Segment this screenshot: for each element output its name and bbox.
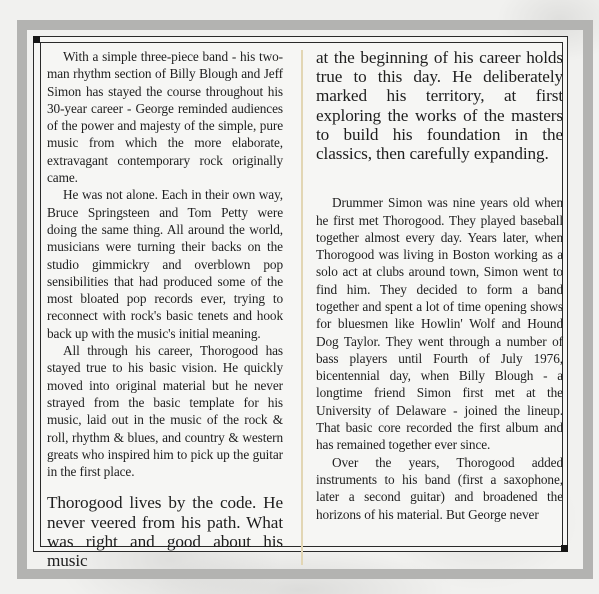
body-paragraph: With a simple three-piece band - his two… bbox=[47, 48, 283, 186]
pull-quote: Thorogood lives by the code. He never ve… bbox=[47, 493, 283, 570]
right-column: at the beginning of his career holds tru… bbox=[316, 48, 563, 523]
corner-square-bottom-right bbox=[561, 545, 568, 552]
column-divider bbox=[301, 50, 303, 565]
body-paragraph: Drummer Simon was nine years old when he… bbox=[316, 194, 563, 453]
body-paragraph: Over the years, Thorogood added instrume… bbox=[316, 454, 563, 523]
pull-quote-continued: at the beginning of his career holds tru… bbox=[316, 48, 563, 163]
left-column: With a simple three-piece band - his two… bbox=[47, 48, 283, 570]
body-paragraph: He was not alone. Each in their own way,… bbox=[47, 186, 283, 342]
corner-square-top-left bbox=[33, 36, 40, 43]
body-paragraph: All through his career, Thorogood has st… bbox=[47, 342, 283, 480]
